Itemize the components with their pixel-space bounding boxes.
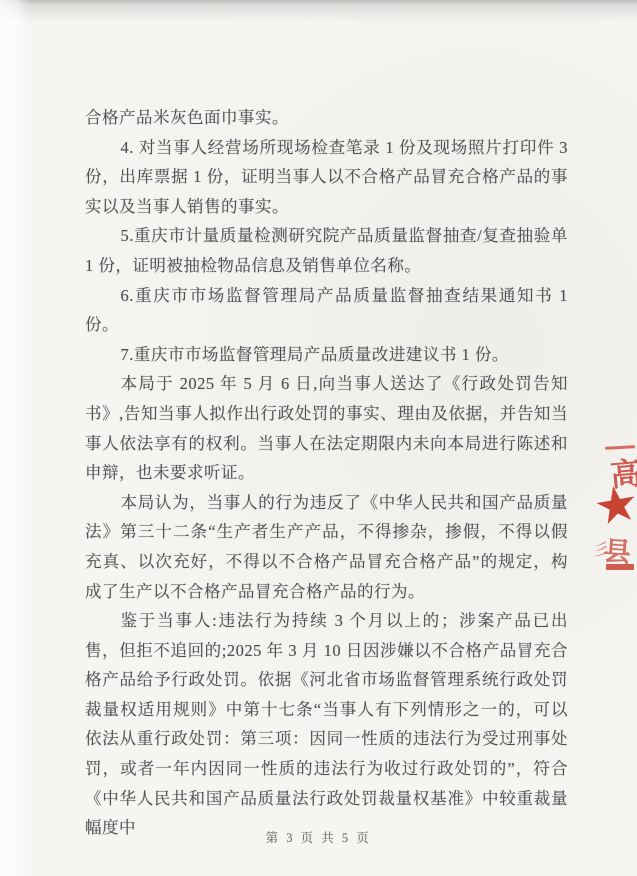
paragraph-evidence-item-5: 5.重庆市计量质量检测研究院产品质量监督抽查/复查抽验单 1 份，证明被抽检物品…	[85, 221, 568, 280]
paragraph-penalty-discretion: 鉴于当事人:违法行为持续 3 个月以上的；涉案产品已出售，但拒不追回的;2025…	[85, 606, 568, 843]
page-number: 第 3 页 共 5 页	[0, 828, 637, 846]
scanned-document-page: 合格产品米灰色面巾事实。 4. 对当事人经营场所现场检查笔录 1 份及现场照片打…	[0, 0, 637, 876]
seal-character-bottom: 县	[603, 529, 633, 570]
paragraph-evidence-item-7: 7.重庆市市场监督管理局产品质量改进建议书 1 份。	[85, 340, 568, 370]
paragraph-violation-finding: 本局认为，当事人的行为违反了《中华人民共和国产品质量法》第三十二条“生产者生产产…	[85, 488, 568, 606]
seal-character-top: 高	[608, 448, 637, 496]
paragraph-notification: 本局于 2025 年 5 月 6 日,向当事人送达了《行政处罚告知书》,告知当事…	[85, 369, 568, 487]
seal-border-bottom	[606, 564, 634, 570]
paragraph-continuation: 合格产品米灰色面巾事实。	[85, 103, 568, 133]
seal-stroke-mark: 彡	[590, 535, 611, 563]
seal-border-top	[605, 445, 635, 450]
official-seal-stamp: 高 ★ 彡 县	[591, 440, 637, 582]
paragraph-evidence-item-4: 4. 对当事人经营场所现场检查笔录 1 份及现场照片打印件 3 份，出库票据 1…	[85, 133, 568, 222]
document-text-block: 合格产品米灰色面巾事实。 4. 对当事人经营场所现场检查笔录 1 份及现场照片打…	[85, 103, 568, 843]
paragraph-evidence-item-6: 6.重庆市市场监督管理局产品质量监督抽查结果通知书 1 份。	[85, 281, 568, 340]
star-icon: ★	[590, 476, 637, 533]
